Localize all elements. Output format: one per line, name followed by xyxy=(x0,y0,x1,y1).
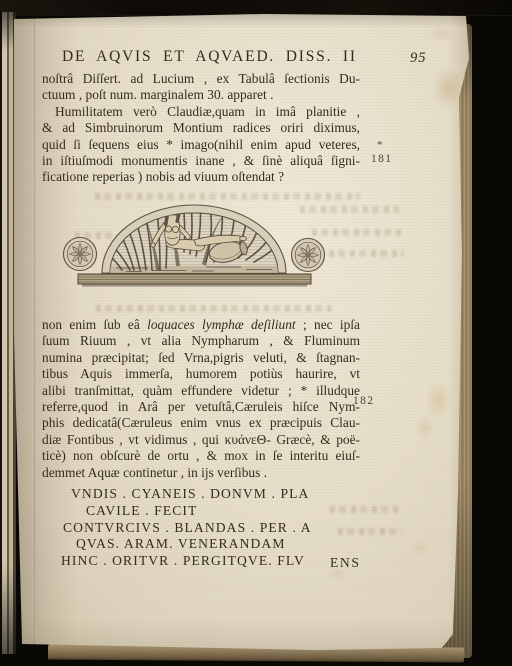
text-line: non enim ſub eâ loquaces lymphæ deſiliun… xyxy=(42,317,360,333)
text-run: ; nec ipſa xyxy=(296,317,360,332)
rosette-left xyxy=(64,238,97,271)
verse-line: QVAS. ARAM. VENERANDAM xyxy=(42,536,382,553)
text-line: ſuum Riuum , vt alia Nympharum , & Flumi… xyxy=(42,333,360,349)
text-line: Humilitatem verò Claudiæ,quam in imâ pla… xyxy=(42,104,360,120)
text-line: quid ſi ſequens eius * imago(nihil enim … xyxy=(42,137,360,153)
page-crease xyxy=(34,14,37,652)
text-line: alibi tranſmittat, quàm effundere videtu… xyxy=(42,383,360,399)
book-photo: DE AQVIS ET AQVAED. DISS. II 95 noſtrâ D… xyxy=(0,0,512,666)
text-line: diæ Fontibus , vt vidimus , qui κυάνεΘ- … xyxy=(42,432,360,448)
verse-line: VNDIS . CYANEIS . DONVM . PLA xyxy=(42,486,382,503)
verse-line: CONTVRCIVS . BLANDAS . PER . A xyxy=(42,520,382,537)
text-line: tibus Aquis immerſa, humorem potiùs haur… xyxy=(42,366,360,382)
text-line: phis dedicatâ(Cæruleus enim vnus ex præc… xyxy=(42,415,360,431)
verse-line: CAVILE . FECIT xyxy=(42,503,382,520)
text-line: numina præcipitat; ſed Vrna,pigris velut… xyxy=(42,350,360,366)
text-run: non enim ſub eâ xyxy=(42,317,147,332)
margin-note-181: 181 xyxy=(371,153,392,165)
text-line: ticè) non obſcurè de ortu , & mox in ſe … xyxy=(42,448,360,464)
text-line: ctuum , poſt num. marginalem 30. apparet… xyxy=(42,87,360,103)
rosette-right xyxy=(292,239,325,272)
running-head: DE AQVIS ET AQVAED. DISS. II xyxy=(62,48,357,66)
margin-asterisk: * xyxy=(377,139,384,151)
text-line: demmet Aquæ continetur , in ijs verſibus… xyxy=(42,465,360,481)
text-line: noſtrâ Diſſert. ad Lucium , ex Tabulâ ſe… xyxy=(42,71,360,87)
text-block-lower: non enim ſub eâ loquaces lymphæ deſiliun… xyxy=(42,317,360,481)
engraved-lunette-reclining-nymph xyxy=(56,182,331,288)
text-line: & ad Simbruinorum Montium radices oriri … xyxy=(42,120,360,136)
text-line: referre,quod in Arâ per vetuſtâ,Cæruleis… xyxy=(42,399,360,415)
catchword: ENS xyxy=(330,555,360,571)
text-line: in iſtiuſmodi monumentis inane , & ſinè … xyxy=(42,153,360,169)
text-block-upper: noſtrâ Diſſert. ad Lucium , ex Tabulâ ſe… xyxy=(42,71,360,186)
page-number: 95 xyxy=(410,50,427,67)
page-stack-gutter xyxy=(0,12,16,654)
italic-phrase: loquaces lymphæ deſiliunt xyxy=(147,317,296,332)
photo-black-band xyxy=(0,0,512,15)
